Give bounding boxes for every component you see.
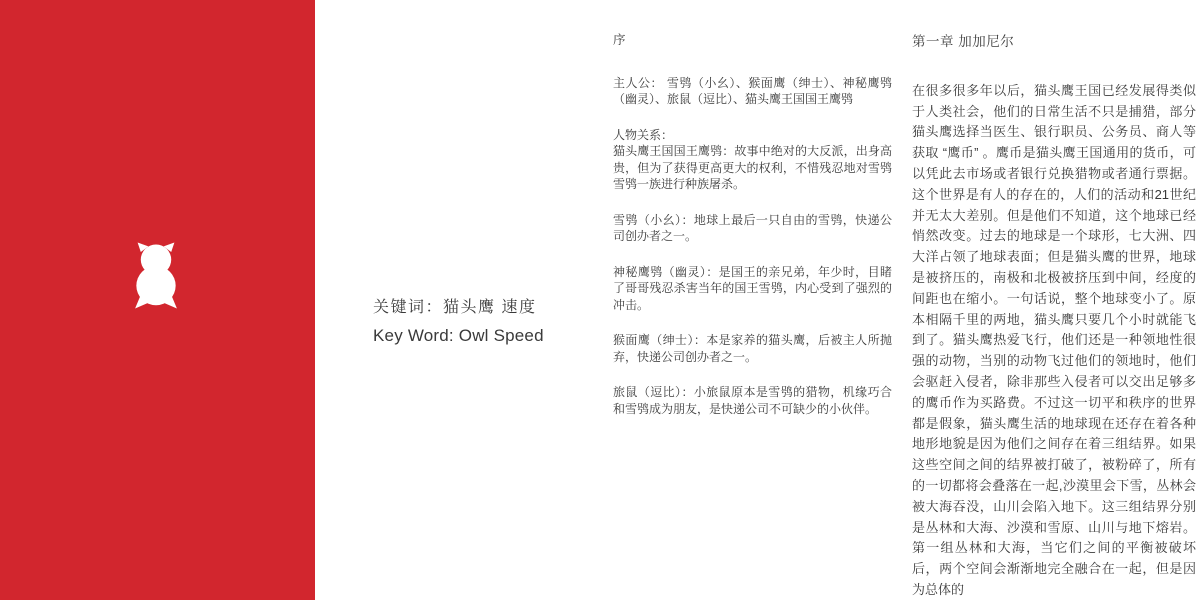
- keyword-english: Key Word: Owl Speed: [373, 326, 544, 346]
- preface-column: 序 主人公： 雪鸮（小幺）、猴面鹰（绅士）、神秘鹰鸮（幽灵）、旅鼠（逗比）、猫头…: [613, 32, 892, 436]
- preface-paragraph-barn-owl: 猴面鹰（绅士）：本是家养的猫头鹰，后被主人所抛弃，快递公司创办者之一。: [613, 332, 892, 365]
- keyword-block: 关键词：猫头鹰 速度 Key Word: Owl Speed: [373, 294, 544, 346]
- keyword-chinese: 关键词：猫头鹰 速度: [373, 294, 544, 317]
- preface-paragraph-lemming: 旅鼠（逗比）：小旅鼠原本是雪鸮的猎物，机缘巧合和雪鸮成为朋友，是快递公司不可缺少…: [613, 384, 892, 417]
- preface-paragraph-mystery-hawk-owl: 神秘鹰鸮（幽灵）：是国王的亲兄弟，年少时，目睹了哥哥残忍杀害当年的国王雪鸮，内心…: [613, 264, 892, 314]
- book-spread: 关键词：猫头鹰 速度 Key Word: Owl Speed 序 主人公： 雪鸮…: [0, 0, 1200, 600]
- preface-paragraph-relations-king: 人物关系： 猫头鹰王国国王鹰鸮：故事中绝对的大反派，出身高贵，但为了获得更高更大…: [613, 127, 892, 193]
- chapter-column: 第一章 加加尼尔 在很多很多年以后，猫头鹰王国已经发展得类似于人类社会，他们的日…: [912, 32, 1196, 600]
- preface-paragraph-snowy-owl: 雪鸮（小幺）：地球上最后一只自由的雪鸮，快递公司创办者之一。: [613, 212, 892, 245]
- preface-paragraph-protagonists: 主人公： 雪鸮（小幺）、猴面鹰（绅士）、神秘鹰鸮（幽灵）、旅鼠（逗比）、猫头鹰王…: [613, 75, 892, 108]
- preface-title: 序: [613, 32, 892, 49]
- owl-icon: [124, 240, 188, 311]
- chapter-body: 在很多很多年以后，猫头鹰王国已经发展得类似于人类社会，他们的日常生活不只是捕猎，…: [912, 81, 1196, 600]
- cover-panel: [0, 0, 315, 600]
- chapter-title: 第一章 加加尼尔: [912, 32, 1196, 53]
